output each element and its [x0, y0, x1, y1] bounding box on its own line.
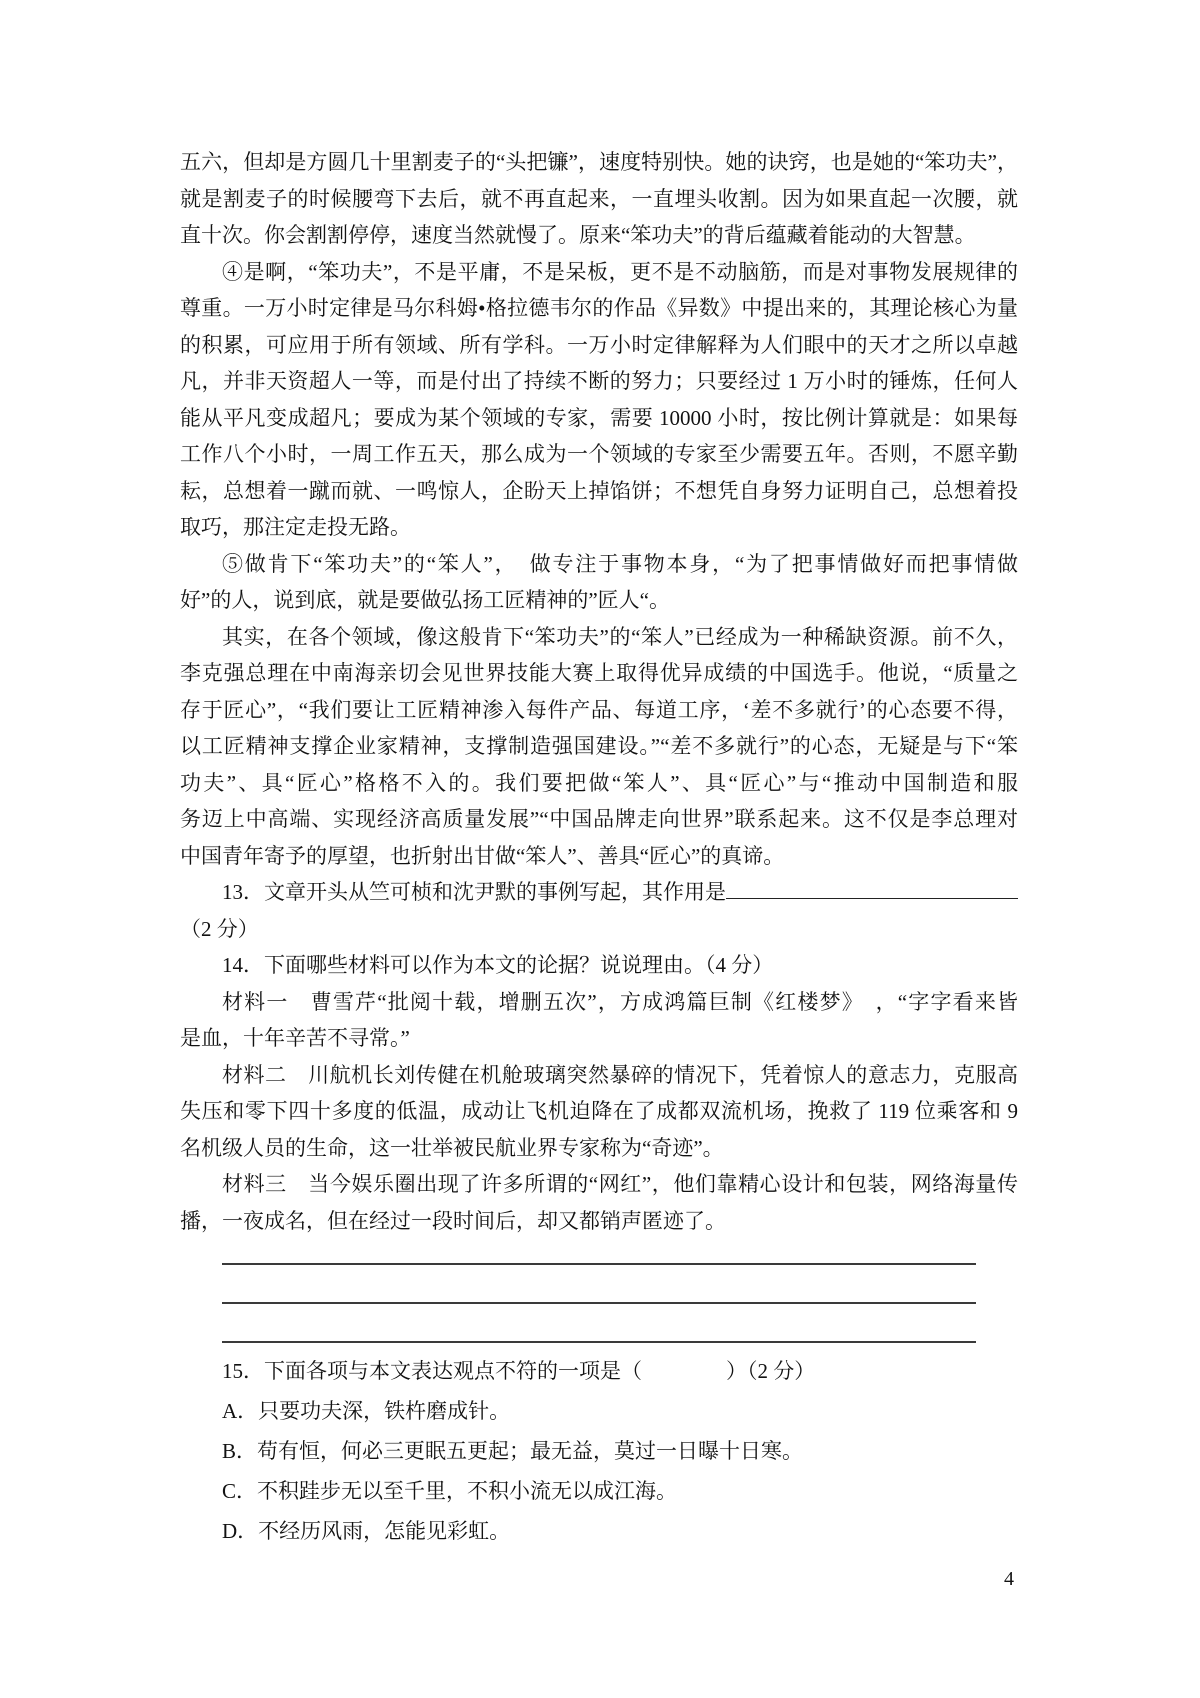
- material-line: 材料一 曹雪芹“批阅十载，增删五次”，方成鸿篇巨制《红楼梦》 ，“字字看来皆: [180, 984, 1018, 1021]
- material-line: 失压和零下四十多度的低温，成动让飞机迫降在了成都双流机场，挽救了 119 位乘客…: [180, 1093, 1018, 1130]
- text-line: 尊重。一万小时定律是马尔科姆•格拉德韦尔的作品《异数》中提出来的，其理论核心为量: [180, 290, 1018, 327]
- page-number: 4: [1004, 1568, 1014, 1591]
- material-line: 材料三 当今娱乐圈出现了许多所谓的“网红”，他们靠精心设计和包装，网络海量传: [180, 1166, 1018, 1203]
- text-line: 存于匠心”，“我们要让工匠精神渗入每件产品、每道工序，‘差不多就行’的心态要不得…: [180, 692, 1018, 729]
- text-line: 其实，在各个领域，像这般肯下“笨功夫”的“笨人”已经成为一种稀缺资源。前不久，: [180, 619, 1018, 656]
- text-line: 五六，但却是方圆几十里割麦子的“头把镰”，速度特别快。她的诀窍，也是她的“笨功夫…: [180, 144, 1018, 181]
- text-line: 好”的人，说到底，就是要做弘扬工匠精神的”匠人“。: [180, 582, 1018, 619]
- answer-lines: [222, 1226, 976, 1343]
- material-line: 材料二 川航机长刘传健在机舱玻璃突然暴碎的情况下，凭着惊人的意志力，克服高空: [180, 1057, 1018, 1094]
- option-b: B．苟有恒，何必三更眠五更起；最无益，莫过一日曝十日寒。: [180, 1431, 1018, 1471]
- text-line: 功夫”、具“匠心”格格不入的。我们要把做“笨人”、具“匠心”与“推动中国制造和服: [180, 765, 1018, 802]
- page-content: 五六，但却是方圆几十里割麦子的“头把镰”，速度特别快。她的诀窍，也是她的“笨功夫…: [180, 144, 1018, 1551]
- material-line: 名机级人员的生命，这一壮举被民航业界专家称为“奇迹”。: [180, 1130, 1018, 1167]
- text-line: ⑤做肯下“笨功夫”的“笨人”， 做专注于事物本身，“为了把事情做好而把事情做: [180, 546, 1018, 583]
- material-line: 是血，十年辛苦不寻常。”: [180, 1020, 1018, 1057]
- option-d: D．不经历风雨，怎能见彩虹。: [180, 1511, 1018, 1551]
- text-line: 耘，总想着一蹴而就、一鸣惊人，企盼天上掉馅饼；不想凭自身努力证明自己，总想着投机: [180, 473, 1018, 510]
- text-line: 凡，并非天资超人一等，而是付出了持续不断的努力；只要经过 1 万小时的锤炼，任何…: [180, 363, 1018, 400]
- question-15: 15．下面各项与本文表达观点不符的一项是（ ）（2 分）: [180, 1351, 1018, 1391]
- text-line: 务迈上中高端、实现经济高质量发展”“中国品牌走向世界”联系起来。这不仅是李总理对: [180, 801, 1018, 838]
- text-line: 直十次。你会割割停停，速度当然就慢了。原来“笨功夫”的背后蕴藏着能动的大智慧。: [180, 217, 1018, 254]
- question-14: 14．下面哪些材料可以作为本文的论据？说说理由。（4 分）: [180, 947, 1018, 984]
- text-line: 以工匠精神支撑企业家精神，支撑制造强国建设。”“差不多就行”的心态，无疑是与下“…: [180, 728, 1018, 765]
- text-line: 能从平凡变成超凡；要成为某个领域的专家，需要 10000 小时，按比例计算就是：…: [180, 400, 1018, 437]
- option-c: C．不积跬步无以至千里，不积小流无以成江海。: [180, 1471, 1018, 1511]
- answer-line: [222, 1304, 976, 1343]
- text-line: 取巧，那注定走投无路。: [180, 509, 1018, 546]
- text-line: 工作八个小时，一周工作五天，那么成为一个领域的专家至少需要五年。否则，不愿辛勤耕: [180, 436, 1018, 473]
- text-line: 中国青年寄予的厚望，也折射出甘做“笨人”、善具“匠心”的真谛。: [180, 838, 1018, 875]
- question-13-text: 13．文章开头从竺可桢和沈尹默的事例写起，其作用是: [222, 880, 726, 904]
- question-15-block: 15．下面各项与本文表达观点不符的一项是（ ）（2 分） A．只要功夫深，铁杵磨…: [180, 1351, 1018, 1551]
- text-line: ④是啊，“笨功夫”，不是平庸，不是呆板，更不是不动脑筋，而是对事物发展规律的: [180, 254, 1018, 291]
- question-13-points: （2 分）: [180, 911, 1018, 948]
- option-a: A．只要功夫深，铁杵磨成针。: [180, 1391, 1018, 1431]
- question-13: 13．文章开头从竺可桢和沈尹默的事例写起，其作用是。: [180, 874, 1018, 911]
- answer-blank: [726, 878, 1018, 899]
- answer-line: [222, 1265, 976, 1304]
- exam-page: 五六，但却是方圆几十里割麦子的“头把镰”，速度特别快。她的诀窍，也是她的“笨功夫…: [0, 0, 1200, 1698]
- text-line: 就是割麦子的时候腰弯下去后，就不再直起来，一直埋头收割。因为如果直起一次腰，就会: [180, 181, 1018, 218]
- text-line: 李克强总理在中南海亲切会见世界技能大赛上取得优异成绩的中国选手。他说，“质量之魂…: [180, 655, 1018, 692]
- text-line: 的积累，可应用于所有领域、所有学科。一万小时定律解释为人们眼中的天才之所以卓越非: [180, 327, 1018, 364]
